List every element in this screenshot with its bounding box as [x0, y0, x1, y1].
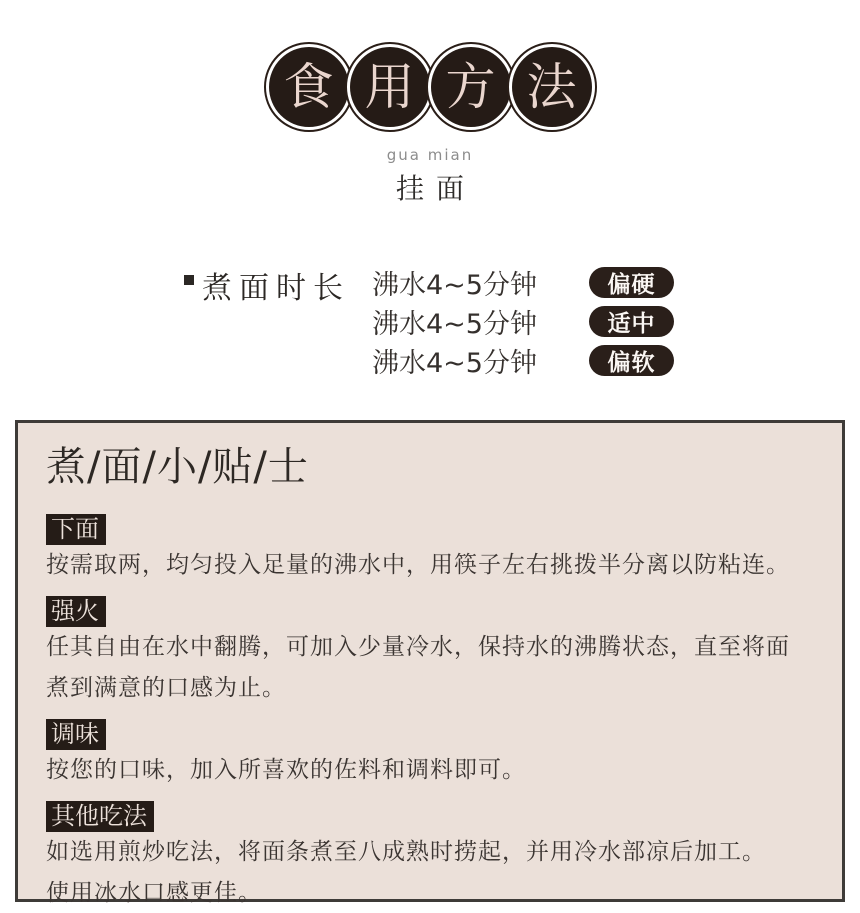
- title-circle: 法: [507, 42, 597, 132]
- title-circle: 用: [345, 42, 435, 132]
- cooking-time-label: 煮面时长: [184, 263, 350, 380]
- tip-text-line: 按您的口味，加入所喜欢的佐料和调料即可。: [46, 750, 814, 791]
- bullet-square-icon: [184, 275, 194, 285]
- title-circle-char: 食: [269, 47, 349, 127]
- cooking-time-section: 煮面时长 沸水4~5分钟 偏硬 沸水4~5分钟 适中 沸水4~5分钟 偏软: [0, 263, 860, 380]
- usage-method-header: 食 用 方 法 gua mian 挂面: [0, 0, 860, 207]
- tip-text-line: 如选用煎炒吃法，将面条煮至八成熟时捞起，并用冷水部凉后加工。: [46, 832, 814, 873]
- title-circle: 方: [426, 42, 516, 132]
- title-circle-char: 用: [350, 47, 430, 127]
- cooking-time-row: 沸水4~5分钟 适中: [372, 302, 674, 341]
- cooking-time-rows: 沸水4~5分钟 偏硬 沸水4~5分钟 适中 沸水4~5分钟 偏软: [372, 263, 674, 380]
- noodle-tips-box: 煮/面/小/贴/士 下面 按需取两，均匀投入足量的沸水中，用筷子左右挑拨半分离以…: [15, 420, 845, 902]
- tip-text-line: 按需取两，均匀投入足量的沸水中，用筷子左右挑拨半分离以防粘连。: [46, 545, 814, 586]
- cooking-time-row: 沸水4~5分钟 偏硬: [372, 263, 674, 302]
- firmness-badge: 偏硬: [589, 267, 674, 298]
- boil-time-text: 沸水4~5分钟: [372, 302, 572, 341]
- pinyin-subtitle: gua mian: [0, 146, 860, 164]
- tip-badge: 调味: [46, 719, 106, 750]
- tip-section-qianghuo: 强火 任其自由在水中翻腾，可加入少量冷水，保持水的沸腾状态，直至将面 煮到满意的…: [46, 586, 814, 709]
- title-circles: 食 用 方 法: [0, 42, 860, 132]
- tip-text-line: 使用冰水口感更佳。: [46, 873, 814, 913]
- firmness-badge: 适中: [589, 306, 674, 337]
- tip-badge: 强火: [46, 596, 106, 627]
- tip-badge: 下面: [46, 514, 106, 545]
- boil-time-text: 沸水4~5分钟: [372, 341, 572, 380]
- cooking-time-row: 沸水4~5分钟 偏软: [372, 341, 674, 380]
- tip-badge: 其他吃法: [46, 801, 154, 832]
- title-circle: 食: [264, 42, 354, 132]
- product-name: 挂面: [0, 167, 860, 207]
- tip-section-xiamian: 下面 按需取两，均匀投入足量的沸水中，用筷子左右挑拨半分离以防粘连。: [46, 504, 814, 586]
- title-circle-char: 方: [431, 47, 511, 127]
- boil-time-text: 沸水4~5分钟: [372, 263, 572, 302]
- tip-section-qita-chifa: 其他吃法 如选用煎炒吃法，将面条煮至八成熟时捞起，并用冷水部凉后加工。 使用冰水…: [46, 791, 814, 913]
- tip-section-tiaowei: 调味 按您的口味，加入所喜欢的佐料和调料即可。: [46, 709, 814, 791]
- title-circle-char: 法: [512, 47, 592, 127]
- tip-text-line: 煮到满意的口感为止。: [46, 668, 814, 709]
- tips-box-title: 煮/面/小/贴/士: [46, 435, 814, 492]
- tip-text-line: 任其自由在水中翻腾，可加入少量冷水，保持水的沸腾状态，直至将面: [46, 627, 814, 668]
- firmness-badge: 偏软: [589, 345, 674, 376]
- cooking-time-label-text: 煮面时长: [202, 263, 350, 307]
